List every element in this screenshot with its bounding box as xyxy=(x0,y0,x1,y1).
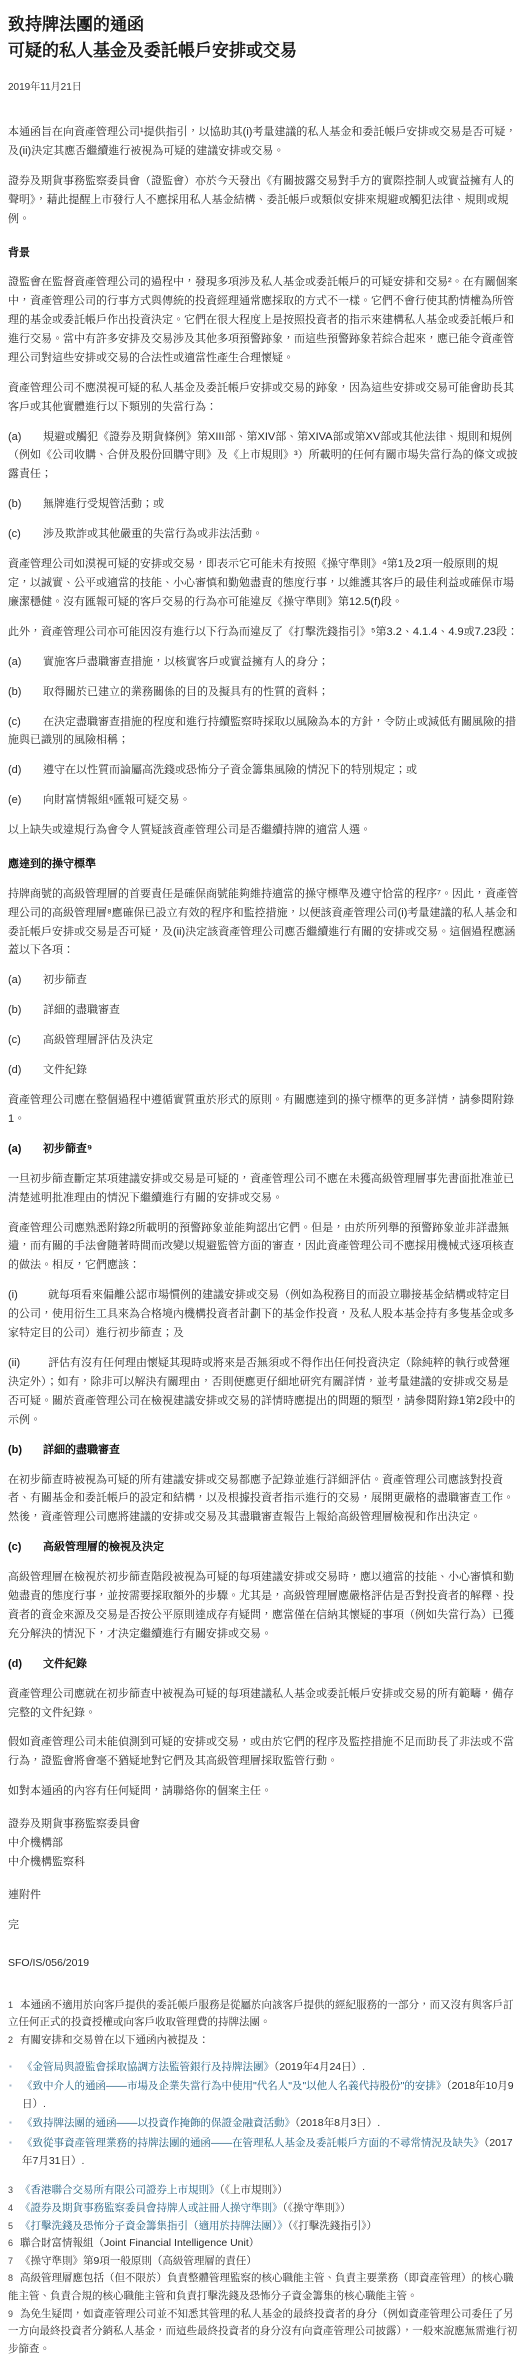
code-of-conduct-paragraph: 資產管理公司如漠視可疑的安排或交易，即表示它可能未有按照《操守準則》⁴第1及2項… xyxy=(8,555,518,612)
footnote-text: （《上市規則》） xyxy=(220,2184,288,2196)
list-text: 在決定盡職審查措施的程度和進行持續監察時採取以風險為本的方針，令防止或減低有關風… xyxy=(8,716,516,747)
footnote-number: 2 xyxy=(8,2035,13,2045)
intro-paragraph-2: 證券及期貨事務監察委員會（證監會）亦於今天發出《有關披露交易對手方的實際控制人或… xyxy=(8,172,518,229)
footnote-number: 5 xyxy=(8,2221,13,2231)
initial-screening-paragraph-1: 一旦初步篩查斷定某項建議安排或交易是可疑的，資產管理公司不應在未獲高級管理層事先… xyxy=(8,1170,518,1208)
listing-rules-link[interactable]: 《香港聯合交易所有限公司證券上市規則》 xyxy=(20,2184,220,2196)
list-label: (c) xyxy=(8,713,43,732)
due-diligence-paragraph: 在初步篩查時被視為可疑的所有建議安排或交易都應予記錄並進行詳細評估。資產管理公司… xyxy=(8,1471,518,1528)
documentation-paragraph: 資產管理公司應就在初步篩查中被視為可疑的每項建議私人基金或委託帳戶安排或交易的所… xyxy=(8,1685,518,1723)
footnote-text: 本通函不適用於向客戶提供的委託帳戶服務是從屬於向該客戶提供的經紀服務的一部分，而… xyxy=(8,1999,514,2029)
subsection-label: (a) xyxy=(8,1140,43,1159)
list-text: 初步篩查 xyxy=(43,974,87,986)
list-label: (d) xyxy=(8,761,43,780)
code-of-conduct-link[interactable]: 《證券及期貨事務監察委員會持牌人或註冊人操守準則》 xyxy=(20,2202,283,2214)
list-text: 評估有沒有任何理由懷疑其現時或將來是否無須或不得作出任何投資決定（除純粹的執行或… xyxy=(8,1357,515,1426)
circular-date: （2019年4月24日）. xyxy=(274,2061,365,2073)
circular-date: （2018年8月3日）. xyxy=(295,2117,380,2129)
list-text: 規避或觸犯《證券及期貨條例》第XIII部、第XIV部、第XIVA部或第XV部或其… xyxy=(8,431,518,481)
senior-management-paragraph: 高級管理層在檢視於初步篩查階段被視為可疑的每項建議安排或交易時，應以適當的技能、… xyxy=(8,1568,518,1644)
subsection-label: (d) xyxy=(8,1655,43,1674)
section-heading-background: 背景 xyxy=(8,244,518,263)
list-item-process-a: (a)初步篩查 xyxy=(8,971,518,990)
subsection-heading-initial-screening: (a)初步篩查⁹ xyxy=(8,1140,518,1159)
subsection-heading-senior-management: (c)高級管理層的檢視及決定 xyxy=(8,1538,518,1557)
list-text: 實施客戶盡職審查措施，以核實客戶或實益擁有人的身分； xyxy=(43,656,329,668)
signoff-division: 中介機構部 xyxy=(8,1834,518,1853)
list-item: 《致持牌法團的通函——以投資作掩飾的保證金融資活動》（2018年8月3日）. xyxy=(8,2115,518,2133)
background-paragraph-1: 證監會在監督資產管理公司的過程中，發現多項涉及私人基金或委託帳戶的可疑安排和交易… xyxy=(8,273,518,368)
reference-number: SFO/IS/056/2019 xyxy=(8,1957,518,1969)
footnote-3: 3《香港聯合交易所有限公司證券上市規則》（《上市規則》） xyxy=(8,2182,518,2200)
footnote-number: 7 xyxy=(8,2256,13,2266)
subsection-label: (b) xyxy=(8,1441,43,1460)
title-line-1: 致持牌法團的通函 xyxy=(8,15,144,34)
aml-paragraph: 此外，資產管理公司亦可能因沒有進行以下行為而違反了《打擊洗錢指引》⁵第3.2、4… xyxy=(8,623,518,642)
initial-screening-paragraph-2: 資產管理公司應熟悉附錄2所載明的預警跡象並能夠認出它們。但是，由於所列舉的預警跡… xyxy=(8,1219,518,1276)
footnote-text: 為免生疑問，如資產管理公司並不知悉其管理的私人基金的最終投資者的身分（例如資產管… xyxy=(8,2308,517,2355)
list-item-process-d: (d)文件紀錄 xyxy=(8,1061,518,1080)
list-text: 取得關於已建立的業務關係的目的及擬具有的性質的資料； xyxy=(43,686,329,698)
list-label: (c) xyxy=(8,1031,43,1050)
list-item: 《金管局與證監會採取協調方法監管銀行及持牌法團》（2019年4月24日）. xyxy=(8,2059,518,2077)
footnote-7: 7《操守準則》第9項一般原則（高級管理層的責任） xyxy=(8,2253,518,2271)
list-text: 高級管理層評估及決定 xyxy=(43,1034,153,1046)
list-item-misconduct-a: (a)規避或觸犯《證券及期貨條例》第XIII部、第XIV部、第XIVA部或第XV… xyxy=(8,428,518,485)
footnote-text: （《打擊洗錢指引》） xyxy=(288,2220,377,2232)
enclosure-note: 連附件 xyxy=(8,1886,518,1905)
footnote-number: 9 xyxy=(8,2309,13,2319)
circular-link[interactable]: 《致中介人的通函——市場及企業失當行為中使用"代名人"及"以他人名義代持股份"的… xyxy=(22,2080,446,2092)
subsection-title: 高級管理層的檢視及決定 xyxy=(43,1541,164,1553)
document-date: 2019年11月21日 xyxy=(8,78,518,93)
list-label: (ii) xyxy=(8,1354,48,1373)
list-text: 涉及欺詐或其他嚴重的失當行為或非法活動。 xyxy=(43,528,263,540)
circular-document: 致持牌法團的通函 可疑的私人基金及委託帳戶安排或交易 2019年11月21日 本… xyxy=(0,0,526,2365)
list-label: (b) xyxy=(8,1001,43,1020)
list-text: 無牌進行受規管活動；或 xyxy=(43,498,164,510)
referenced-circulars-list: 《金管局與證監會採取協調方法監管銀行及持牌法團》（2019年4月24日）. 《致… xyxy=(8,2059,518,2171)
subsection-heading-due-diligence: (b)詳細的盡職審查 xyxy=(8,1441,518,1460)
footnote-number: 6 xyxy=(8,2238,13,2248)
subsection-title: 文件紀錄 xyxy=(43,1658,87,1670)
aml-guideline-link[interactable]: 《打擊洗錢及恐怖分子資金籌集指引（適用於持牌法團）》 xyxy=(20,2220,288,2232)
list-item-aml-a: (a)實施客戶盡職審查措施，以核實客戶或實益擁有人的身分； xyxy=(8,653,518,672)
subsection-title: 初步篩查⁹ xyxy=(43,1143,92,1155)
list-item-aml-e: (e)向財富情報組⁶匯報可疑交易。 xyxy=(8,791,518,810)
list-label: (a) xyxy=(8,971,43,990)
footnote-number: 3 xyxy=(8,2185,13,2195)
footnote-1: 1本通函不適用於向客戶提供的委託帳戶服務是從屬於向該客戶提供的經紀服務的一部分，… xyxy=(8,1997,518,2032)
list-label: (a) xyxy=(8,653,43,672)
list-label: (c) xyxy=(8,525,43,544)
circular-link[interactable]: 《金管局與證監會採取協調方法監管銀行及持牌法團》 xyxy=(22,2061,274,2073)
background-paragraph-2: 資產管理公司不應漠視可疑的私人基金及委託帳戶安排或交易的跡象，因為這些安排或交易… xyxy=(8,379,518,417)
footnote-text: 有關安排和交易曾在以下通函內被提及： xyxy=(20,2034,209,2046)
footnote-number: 1 xyxy=(8,2000,13,2010)
fit-and-proper-paragraph: 以上缺失或違規行為會令人質疑該資產管理公司是否繼續持牌的適當人選。 xyxy=(8,821,518,840)
footnote-text: （《操守準則》） xyxy=(283,2202,351,2214)
list-item: 《致中介人的通函——市場及企業失當行為中使用"代名人"及"以他人名義代持股份"的… xyxy=(8,2078,518,2113)
list-text: 就每項看來偏離公認市場慣例的建議安排或交易（例如為稅務目的而設立聯接基金結構或特… xyxy=(8,1289,514,1339)
list-text: 向財富情報組⁶匯報可疑交易。 xyxy=(43,794,191,806)
subsection-title: 詳細的盡職審查 xyxy=(43,1444,120,1456)
footnote-text: 聯合財富情報組（Joint Financial Intelligence Uni… xyxy=(20,2237,259,2249)
list-text: 詳細的盡職審查 xyxy=(43,1004,120,1016)
standards-paragraph-1: 持牌商號的高級管理層的首要責任是確保商號能夠維持適當的操守標準及遵守恰當的程序⁷… xyxy=(8,885,518,961)
signoff-organisation: 證券及期貨事務監察委員會 xyxy=(8,1815,518,1834)
list-item-misconduct-b: (b)無牌進行受規管活動；或 xyxy=(8,495,518,514)
list-label: (d) xyxy=(8,1061,43,1080)
circular-link[interactable]: 《致持牌法團的通函——以投資作掩飾的保證金融資活動》 xyxy=(22,2117,295,2129)
standards-paragraph-2: 資產管理公司應在整個過程中遵循實質重於形式的原則。有關應達到的操守標準的更多詳情… xyxy=(8,1091,518,1129)
footnote-text: 《操守準則》第9項一般原則（高級管理層的責任） xyxy=(20,2255,257,2267)
list-label: (e) xyxy=(8,791,43,810)
list-label: (b) xyxy=(8,683,43,702)
footnote-4: 4《證券及期貨事務監察委員會持牌人或註冊人操守準則》（《操守準則》） xyxy=(8,2200,518,2218)
list-label: (a) xyxy=(8,428,43,447)
list-item-process-b: (b)詳細的盡職審查 xyxy=(8,1001,518,1020)
end-mark: 完 xyxy=(8,1916,518,1935)
list-item-screening-i: (i)就每項看來偏離公認市場慣例的建議安排或交易（例如為稅務目的而設立聯接基金結… xyxy=(8,1286,518,1343)
list-item-screening-ii: (ii)評估有沒有任何理由懷疑其現時或將來是否無須或不得作出任何投資決定（除純粹… xyxy=(8,1354,518,1430)
list-item-aml-c: (c)在決定盡職審查措施的程度和進行持續監察時採取以風險為本的方針，令防止或減低… xyxy=(8,713,518,751)
footnote-9: 9為免生疑問，如資產管理公司並不知悉其管理的私人基金的最終投資者的身分（例如資產… xyxy=(8,2306,518,2359)
footnote-number: 4 xyxy=(8,2203,13,2213)
signoff-department: 中介機構監察科 xyxy=(8,1853,518,1872)
footnote-8: 8高級管理層應包括（但不限於）負責整體管理監察的核心職能主管、負責主要業務（即資… xyxy=(8,2270,518,2305)
list-item-misconduct-c: (c)涉及欺詐或其他嚴重的失當行為或非法活動。 xyxy=(8,525,518,544)
list-label: (b) xyxy=(8,495,43,514)
footnote-2: 2有關安排和交易曾在以下通函內被提及： xyxy=(8,2032,518,2050)
list-item-aml-b: (b)取得關於已建立的業務關係的目的及擬具有的性質的資料； xyxy=(8,683,518,702)
circular-link[interactable]: 《致從事資產管理業務的持牌法團的通函——在管理私人基金及委託帳戶方面的不尋常情況… xyxy=(22,2137,484,2149)
footnote-5: 5《打擊洗錢及恐怖分子資金籌集指引（適用於持牌法團）》（《打擊洗錢指引》） xyxy=(8,2218,518,2236)
footnotes-section: 1本通函不適用於向客戶提供的委託帳戶服務是從屬於向該客戶提供的經紀服務的一部分，… xyxy=(8,1997,518,2359)
section-heading-standards: 應達到的操守標準 xyxy=(8,855,518,874)
list-item: 《致從事資產管理業務的持牌法團的通函——在管理私人基金及委託帳戶方面的不尋常情況… xyxy=(8,2135,518,2170)
intro-paragraph-1: 本通函旨在向資產管理公司¹提供指引，以協助其(i)考量建議的私人基金和委託帳戶安… xyxy=(8,123,518,161)
warning-paragraph: 假如資產管理公司未能偵測到可疑的安排或交易，或由於它們的程序及監控措施不足而助長… xyxy=(8,1733,518,1771)
footnote-6: 6聯合財富情報組（Joint Financial Intelligence Un… xyxy=(8,2235,518,2253)
list-item-process-c: (c)高級管理層評估及決定 xyxy=(8,1031,518,1050)
footnote-text: 高級管理層應包括（但不限於）負責整體管理監察的核心職能主管、負責主要業務（即資產… xyxy=(8,2272,514,2302)
list-label: (i) xyxy=(8,1286,48,1305)
footnote-number: 8 xyxy=(8,2273,13,2283)
subsection-label: (c) xyxy=(8,1538,43,1557)
signoff-block: 證券及期貨事務監察委員會 中介機構部 中介機構監察科 xyxy=(8,1815,518,1872)
contact-paragraph: 如對本通函的內容有任何疑問，請聯絡你的個案主任。 xyxy=(8,1782,518,1801)
subsection-heading-documentation: (d)文件紀錄 xyxy=(8,1655,518,1674)
list-text: 文件紀錄 xyxy=(43,1064,87,1076)
page-title: 致持牌法團的通函 可疑的私人基金及委託帳戶安排或交易 xyxy=(8,12,518,63)
list-item-aml-d: (d)遵守在以性質而論屬高洗錢或恐怖分子資金籌集風險的情況下的特別規定；或 xyxy=(8,761,518,780)
list-text: 遵守在以性質而論屬高洗錢或恐怖分子資金籌集風險的情況下的特別規定；或 xyxy=(43,764,417,776)
title-line-2: 可疑的私人基金及委託帳戶安排或交易 xyxy=(8,41,297,60)
